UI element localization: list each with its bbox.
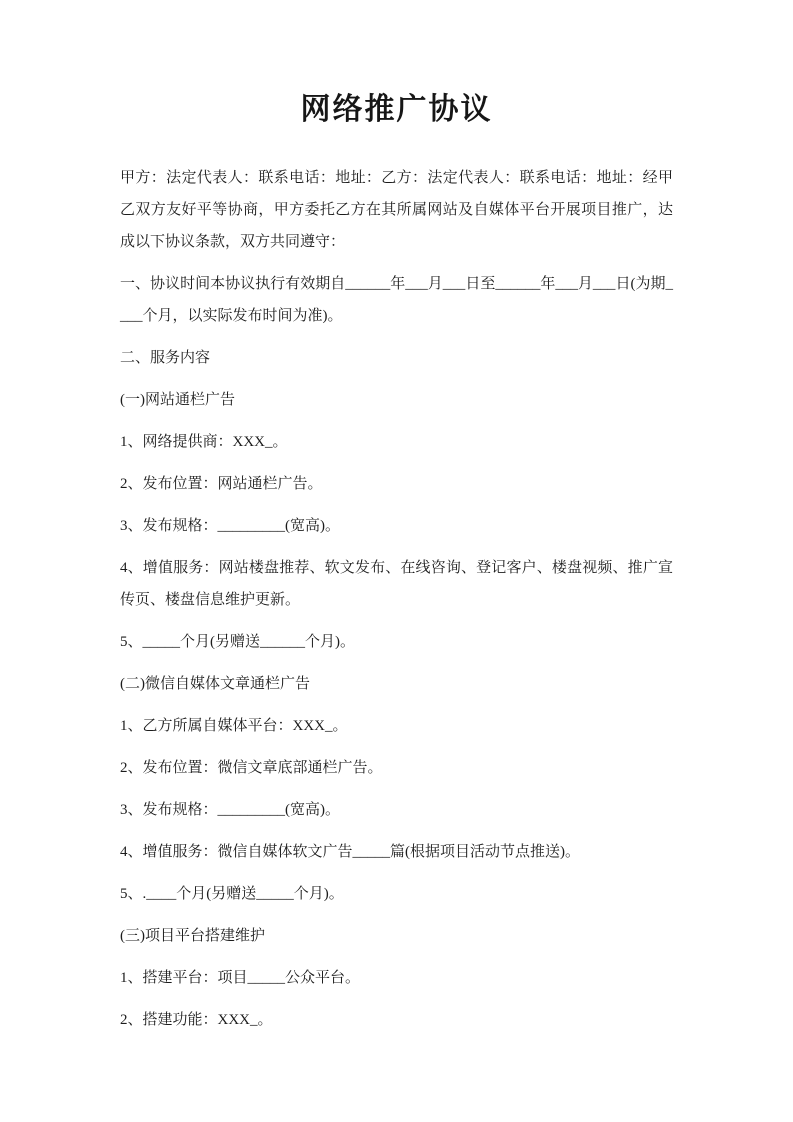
item-publish-position-wechat: 2、发布位置：微信文章底部通栏广告。	[120, 752, 673, 784]
section-platform-build-heading: (三)项目平台搭建维护	[120, 920, 673, 952]
item-build-functions: 2、搭建功能：XXX_。	[120, 1004, 673, 1036]
paragraph-parties-intro: 甲方：法定代表人：联系电话：地址：乙方：法定代表人：联系电话：地址：经甲乙双方友…	[120, 162, 673, 258]
clause-agreement-period: 一、协议时间本协议执行有效期自______年___月___日至______年__…	[120, 268, 673, 332]
item-duration-months-website: 5、_____个月(另赠送______个月)。	[120, 626, 673, 658]
item-build-platform: 1、搭建平台：项目_____公众平台。	[120, 962, 673, 994]
section-website-banner-heading: (一)网站通栏广告	[120, 384, 673, 416]
item-publish-spec-website: 3、发布规格：_________(宽高)。	[120, 510, 673, 542]
item-network-provider: 1、网络提供商：XXX_。	[120, 426, 673, 458]
item-publish-spec-wechat: 3、发布规格：_________(宽高)。	[120, 794, 673, 826]
document-title: 网络推广协议	[120, 88, 673, 132]
item-value-added-services-website: 4、增值服务：网站楼盘推荐、软文发布、在线咨询、登记客户、楼盘视频、推广宣传页、…	[120, 552, 673, 616]
item-publish-position-website: 2、发布位置：网站通栏广告。	[120, 468, 673, 500]
item-duration-months-wechat: 5、.____个月(另赠送_____个月)。	[120, 878, 673, 910]
item-media-platform: 1、乙方所属自媒体平台：XXX_。	[120, 710, 673, 742]
item-value-added-services-wechat: 4、增值服务：微信自媒体软文广告_____篇(根据项目活动节点推送)。	[120, 836, 673, 868]
section-wechat-banner-heading: (二)微信自媒体文章通栏广告	[120, 668, 673, 700]
clause-service-content-heading: 二、服务内容	[120, 342, 673, 374]
document-page: 网络推广协议 甲方：法定代表人：联系电话：地址：乙方：法定代表人：联系电话：地址…	[0, 0, 793, 1122]
